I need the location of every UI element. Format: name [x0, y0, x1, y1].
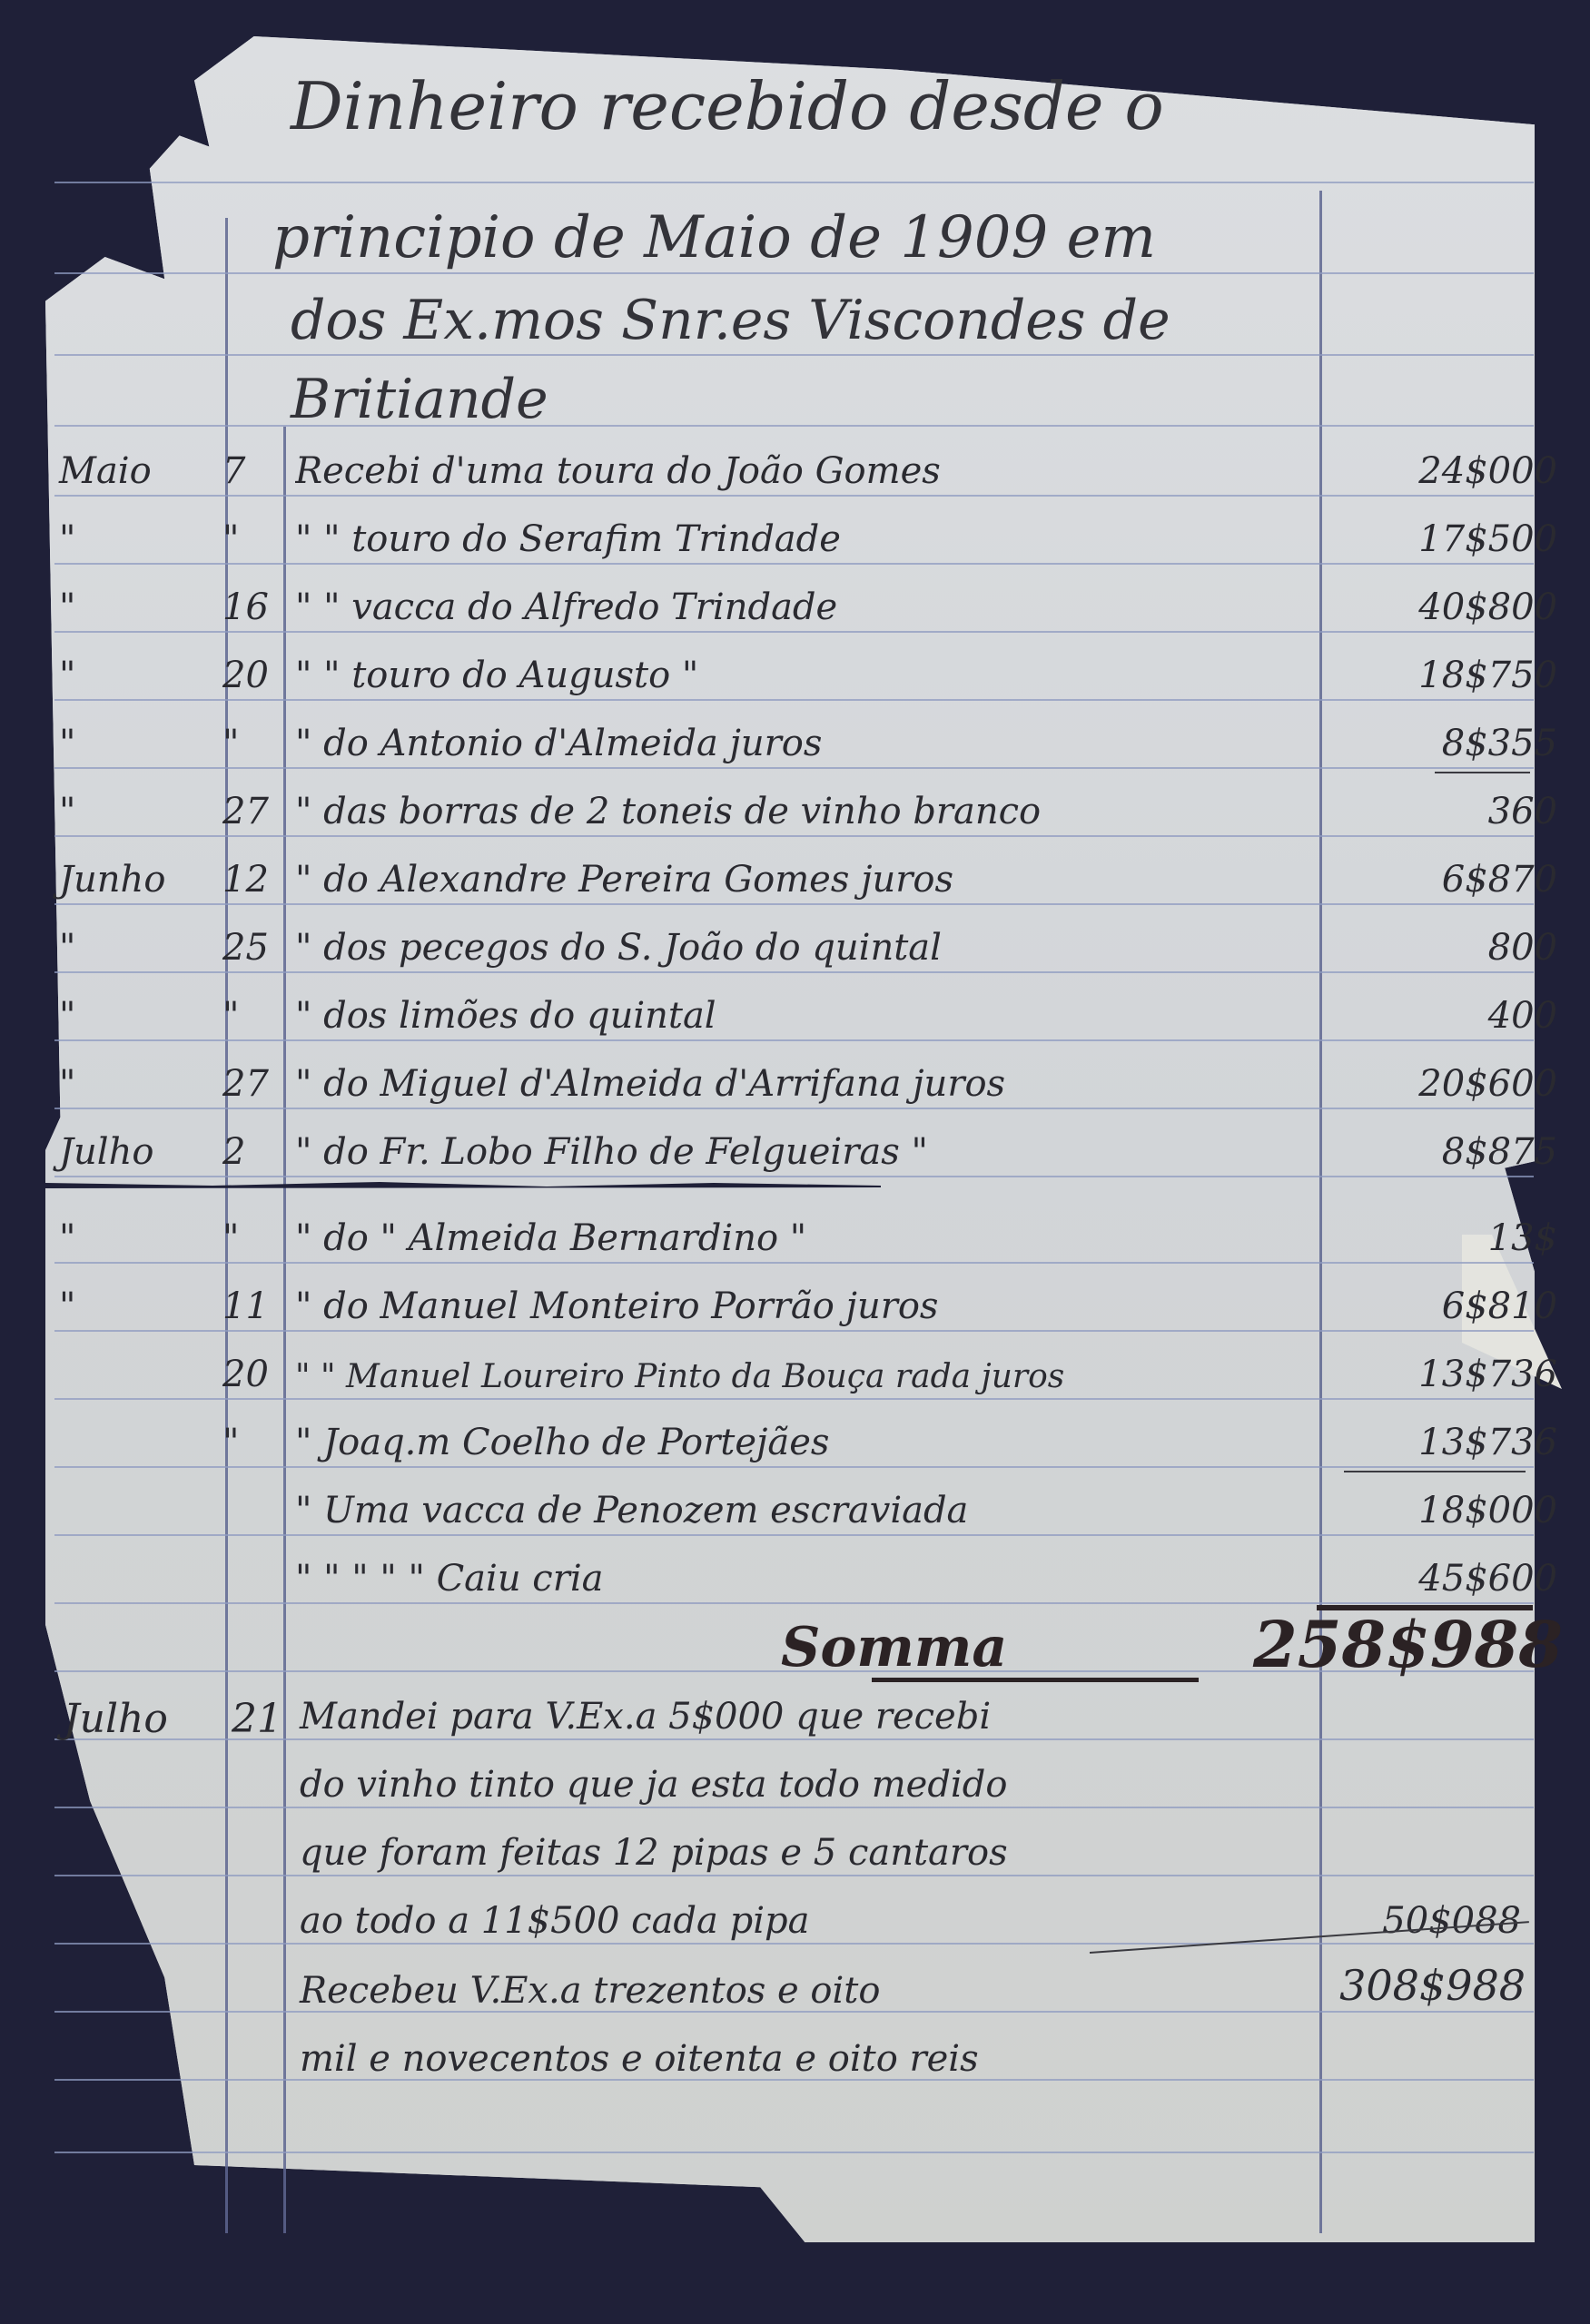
rule-line	[54, 1943, 1534, 1945]
entry-day: 25	[222, 927, 277, 969]
rule-line	[54, 354, 1534, 356]
entry-day: 11	[222, 1285, 277, 1327]
entry-month: "	[59, 1285, 218, 1327]
entry-month: "	[59, 586, 218, 628]
entry-description: " do Manuel Monteiro Porrão juros	[295, 1285, 1348, 1327]
entry-description: " do Fr. Lobo Filho de Felgueiras "	[295, 1131, 1348, 1173]
entry-day: "	[222, 723, 277, 764]
entry-month: "	[59, 927, 218, 969]
entry-month: Maio	[59, 450, 218, 492]
entry-amount: 20$600	[1339, 1063, 1557, 1105]
entry-amount: 40$800	[1339, 586, 1557, 628]
header-title-line-2: principio de Maio de 1909 em	[272, 204, 1156, 271]
closing-line-1: Recebeu V.Ex.a trezentos e oito	[300, 1970, 880, 2012]
entry-description: " do " Almeida Bernardino "	[295, 1217, 1348, 1259]
rule-line	[54, 182, 1534, 183]
entry-amount: 800	[1339, 927, 1557, 969]
subtotal-underline	[1344, 1471, 1526, 1472]
entry-description: " do Antonio d'Almeida juros	[295, 723, 1348, 764]
ledger-row: " 20 " " touro do Augusto " 18$750	[50, 638, 1539, 702]
entry-amount: 8$875	[1339, 1131, 1557, 1173]
entry-amount: 18$750	[1339, 655, 1557, 696]
rule-line	[54, 1807, 1534, 1808]
ledger-row: " " " " touro do Serafim Trindade 17$500	[50, 502, 1539, 566]
entry-amount: 8$355	[1339, 723, 1557, 764]
entry-day: 7	[222, 450, 277, 492]
entry-description: " Joaq.m Coelho de Portejães	[295, 1422, 1348, 1463]
entry-description: " " Manuel Loureiro Pinto da Bouça rada …	[295, 1358, 1348, 1395]
header-title-line-1: Dinheiro recebido desde o	[291, 68, 1164, 144]
entry-month: Julho	[59, 1131, 218, 1173]
entry-amount: 13$	[1339, 1217, 1557, 1259]
entry-amount: 45$600	[1339, 1558, 1557, 1600]
ledger-row: Junho 12 " do Alexandre Pereira Gomes ju…	[50, 842, 1539, 906]
ledger-row: Julho 2 " do Fr. Lobo Filho de Felgueira…	[50, 1115, 1539, 1178]
header-title-line-4: Britiande	[291, 368, 548, 431]
entry-amount: 6$870	[1339, 859, 1557, 901]
entry-amount: 17$500	[1339, 518, 1557, 560]
remittance-line-1: Mandei para V.Ex.a 5$000 que recebi	[300, 1696, 991, 1738]
ledger-row: Maio 7 Recebi d'uma toura do João Gomes …	[50, 434, 1539, 497]
entry-description: " " " " " Caiu cria	[295, 1558, 1348, 1600]
entry-month: "	[59, 1217, 218, 1259]
subtotal-underline	[1435, 772, 1530, 773]
entry-description: " " touro do Serafim Trindade	[295, 518, 1348, 560]
ledger-row: " Uma vacca de Penozem escraviada 18$000	[50, 1473, 1539, 1537]
entry-amount: 13$736	[1339, 1422, 1557, 1463]
entry-description: " dos pecegos do S. João do quintal	[295, 927, 1348, 969]
entry-day: 27	[222, 791, 277, 832]
entry-month: Julho	[64, 1696, 168, 1742]
ledger-row: " 25 " dos pecegos do S. João do quintal…	[50, 911, 1539, 974]
entry-day: 20	[222, 1354, 277, 1395]
rule-line	[54, 1875, 1534, 1876]
closing-amount: 308$988	[1235, 1961, 1526, 2010]
ledger-row: " " " do Antonio d'Almeida juros 8$355	[50, 706, 1539, 770]
entry-month: Junho	[59, 859, 218, 901]
entry-day: "	[222, 1422, 277, 1463]
entry-month: "	[59, 723, 218, 764]
entry-amount: 6$810	[1339, 1285, 1557, 1327]
entry-day: 2	[222, 1131, 277, 1173]
entry-day: 21	[232, 1696, 282, 1742]
ledger-row: " 27 " do Miguel d'Almeida d'Arrifana ju…	[50, 1047, 1539, 1110]
remittance-line-2: do vinho tinto que ja esta todo medido	[300, 1764, 1007, 1806]
entry-description: " " touro do Augusto "	[295, 655, 1348, 696]
entry-amount: 13$736	[1339, 1354, 1557, 1395]
rule-line	[54, 425, 1534, 427]
ledger-row: " 16 " " vacca do Alfredo Trindade 40$80…	[50, 570, 1539, 634]
ledger-row: " " " dos limões do quintal 400	[50, 979, 1539, 1042]
rule-line	[54, 2152, 1534, 2153]
closing-line-2: mil e novecentos e oitenta e oito reis	[300, 2038, 979, 2080]
entry-description: " " vacca do Alfredo Trindade	[295, 586, 1348, 628]
entry-month: "	[59, 655, 218, 696]
ledger-row: 20 " " Manuel Loureiro Pinto da Bouça ra…	[50, 1337, 1539, 1401]
entry-amount: 24$000	[1339, 450, 1557, 492]
entry-description: " das borras de 2 toneis de vinho branco	[295, 791, 1348, 832]
entry-month: "	[59, 791, 218, 832]
entry-month: "	[59, 518, 218, 560]
remittance-line-3: que foram feitas 12 pipas e 5 cantaros	[300, 1832, 1008, 1874]
rule-line	[54, 272, 1534, 274]
ledger-row: " " " " " Caiu cria 45$600	[50, 1541, 1539, 1605]
ledger-row: " " " do " Almeida Bernardino " 13$	[50, 1201, 1539, 1265]
ledger-row: " " Joaq.m Coelho de Portejães 13$736	[50, 1405, 1539, 1469]
sum-label: Somma	[781, 1616, 1007, 1679]
entry-month: "	[59, 995, 218, 1037]
entry-description: " do Miguel d'Almeida d'Arrifana juros	[295, 1063, 1348, 1105]
entry-day: "	[222, 1217, 277, 1259]
entry-description: Recebi d'uma toura do João Gomes	[295, 450, 1348, 492]
entry-amount: 18$000	[1339, 1490, 1557, 1531]
entry-description: " Uma vacca de Penozem escraviada	[295, 1490, 1348, 1531]
entry-amount: 400	[1339, 995, 1557, 1037]
entry-day: "	[222, 518, 277, 560]
entry-amount: 360	[1339, 791, 1557, 832]
ledger-row: " 27 " das borras de 2 toneis de vinho b…	[50, 774, 1539, 838]
entry-day: 27	[222, 1063, 277, 1105]
entry-month: "	[59, 1063, 218, 1105]
entry-day: 16	[222, 586, 277, 628]
entry-day: 20	[222, 655, 277, 696]
ledger-row: " 11 " do Manuel Monteiro Porrão juros 6…	[50, 1269, 1539, 1333]
entry-description: " dos limões do quintal	[295, 995, 1348, 1037]
remittance-amount: 50$088	[1339, 1900, 1521, 1942]
entry-day: "	[222, 995, 277, 1037]
header-title-line-3: dos Ex.mos Snr.es Viscondes de	[291, 289, 1170, 352]
entry-day: 12	[222, 859, 277, 901]
remittance-line-4: ao todo a 11$500 cada pipa	[300, 1900, 809, 1942]
entry-description: " do Alexandre Pereira Gomes juros	[295, 859, 1348, 901]
sum-amount: 258$988	[1253, 1607, 1563, 1682]
